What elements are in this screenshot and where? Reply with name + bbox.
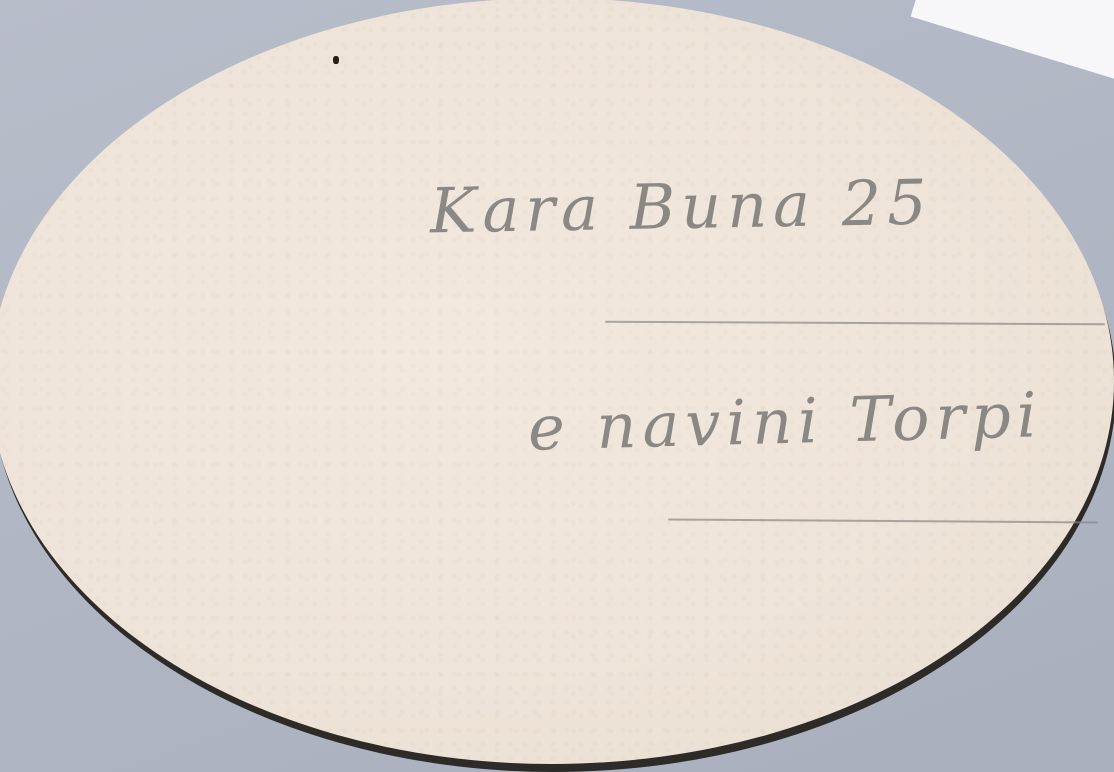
handwritten-line-1: Kara Buna 25 (429, 166, 933, 248)
ink-speck (333, 56, 339, 64)
handwritten-line-2: e navini Torpi (527, 378, 1043, 464)
